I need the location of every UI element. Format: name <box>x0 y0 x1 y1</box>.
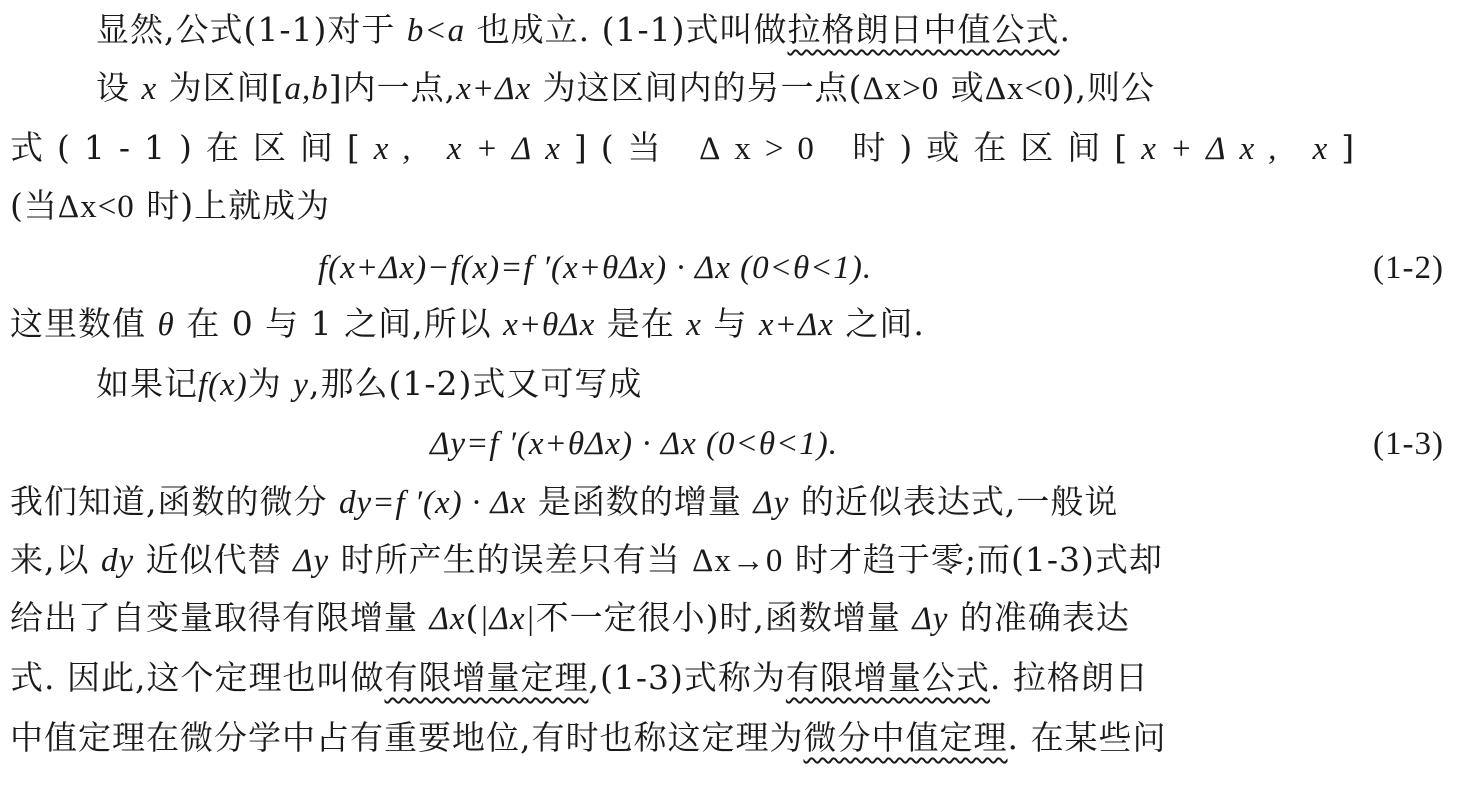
paragraph-line-7: 如果记f(x)为 y,那么(1-2)式又可写成 <box>96 356 642 412</box>
math-inline: x+Δx <box>456 71 531 107</box>
text: 中值定理在微分学中占有重要地位,有时也称这定理为 <box>10 718 804 757</box>
text: 也成立. (1-1)式叫做 <box>465 10 787 49</box>
text: . 在某些问 <box>1008 718 1167 757</box>
math-inline: f(x) <box>198 367 248 403</box>
text: 为 <box>248 364 294 403</box>
text: 为区间[ <box>157 68 284 107</box>
math-inline: x+Δx <box>759 307 834 343</box>
text: ,(1-3)式称为 <box>588 658 785 697</box>
text: 在 0 与 1 之间,所以 <box>175 304 503 343</box>
math-inline: b<a <box>407 13 465 49</box>
paragraph-line-4: (当Δx<0 时)上就成为 <box>10 178 330 234</box>
text: 不一定很小)时,函数增量 <box>536 598 913 637</box>
equation-number: (1-2) <box>1373 240 1444 296</box>
emphasized-term: 拉格朗日中值公式 <box>788 10 1060 49</box>
text: ( <box>466 598 480 637</box>
math-inline: θ <box>158 307 175 343</box>
text: 的近似表达式,一般说 <box>789 482 1118 521</box>
text: 时所产生的误差只有当 <box>329 540 692 579</box>
text: 为这区间内的另一点( <box>531 68 862 107</box>
equation-formula: Δy=f ′(x+θΔx) · Δx (0<θ<1). <box>430 416 838 472</box>
paragraph-line-2: 设 x 为区间[a,b]内一点,x+Δx 为这区间内的另一点(Δx>0 或Δx<… <box>96 60 1155 116</box>
text: 来,以 <box>10 540 101 579</box>
text: 是函数的增量 <box>526 482 753 521</box>
text: ]内一点, <box>329 68 456 107</box>
paragraph-line-6: 这里数值 θ 在 0 与 1 之间,所以 x+θΔx 是在 x 与 x+Δx 之… <box>10 296 925 352</box>
text: ](当 <box>574 128 699 167</box>
text: 我们知道,函数的微分 <box>10 482 339 521</box>
text: 如果记 <box>96 364 198 403</box>
math-inline: x, x+Δx <box>374 131 574 167</box>
text: ),则公 <box>1062 68 1155 107</box>
text: 设 <box>96 68 142 107</box>
math-inline: a,b <box>285 71 329 107</box>
text: 或 <box>939 68 985 107</box>
text: 时)或在区间[ <box>828 128 1141 167</box>
text: . <box>1060 10 1072 49</box>
equation-1-3: Δy=f ′(x+θΔx) · Δx (0<θ<1). (1-3) <box>0 416 1482 472</box>
math-inline: dy=f ′(x) · Δx <box>339 485 526 521</box>
text: 式(1-1)在区间[ <box>10 128 374 167</box>
paragraph-line-11: 给出了自变量取得有限增量 Δx(|Δx|不一定很小)时,函数增量 Δy 的准确表… <box>10 590 1130 646</box>
text: 给出了自变量取得有限增量 <box>10 598 430 637</box>
text: 与 <box>702 304 759 343</box>
math-inline: Δx<0 <box>58 189 135 225</box>
math-inline: dy <box>101 543 134 579</box>
math-inline: x+θΔx <box>503 307 595 343</box>
text: 的准确表达 <box>948 598 1130 637</box>
math-inline: Δx<0 <box>985 71 1062 107</box>
text: 时才趋于零;而(1-3)式却 <box>783 540 1163 579</box>
math-inline: x <box>686 307 702 343</box>
text: 显然,公式(1-1)对于 <box>96 10 407 49</box>
text: (当 <box>10 186 58 225</box>
paragraph-line-10: 来,以 dy 近似代替 Δy 时所产生的误差只有当 Δx→0 时才趋于零;而(1… <box>10 532 1163 588</box>
equation-formula: f(x+Δx)−f(x)=f ′(x+θΔx) · Δx (0<θ<1). <box>318 240 872 296</box>
math-inline: Δx>0 <box>862 71 939 107</box>
text: 这里数值 <box>10 304 158 343</box>
paragraph-line-12: 式. 因此,这个定理也叫做有限增量定理,(1-3)式称为有限增量公式. 拉格朗日 <box>10 650 1149 706</box>
math-inline: Δy <box>753 485 789 521</box>
paragraph-line-3: 式(1-1)在区间[x, x+Δx](当 Δx>0 时)或在区间[x+Δx, x… <box>10 120 1368 176</box>
equation-number: (1-3) <box>1373 416 1444 472</box>
text: . 拉格朗日 <box>990 658 1149 697</box>
textbook-page: 显然,公式(1-1)对于 b<a 也成立. (1-1)式叫做拉格朗日中值公式. … <box>0 0 1482 797</box>
text: 之间. <box>834 304 925 343</box>
math-inline: x <box>142 71 158 107</box>
math-inline: Δy <box>293 543 329 579</box>
math-inline: Δx <box>430 601 466 637</box>
equation-1-2: f(x+Δx)−f(x)=f ′(x+θΔx) · Δx (0<θ<1). (1… <box>0 240 1482 296</box>
math-inline: Δy <box>912 601 948 637</box>
math-inline: Δx>0 <box>699 131 828 167</box>
text: 近似代替 <box>134 540 293 579</box>
paragraph-line-1: 显然,公式(1-1)对于 b<a 也成立. (1-1)式叫做拉格朗日中值公式. <box>96 2 1071 58</box>
text: 是在 <box>595 304 686 343</box>
text: 时)上就成为 <box>135 186 330 225</box>
text: ] <box>1341 128 1368 167</box>
emphasized-term: 微分中值定理 <box>804 718 1008 757</box>
math-inline: |Δx| <box>479 601 535 637</box>
paragraph-line-13: 中值定理在微分学中占有重要地位,有时也称这定理为微分中值定理. 在某些问 <box>10 710 1166 766</box>
text: ,那么(1-2)式又可写成 <box>309 364 642 403</box>
math-inline: y <box>293 367 309 403</box>
math-inline: Δx→0 <box>692 543 783 579</box>
emphasized-term: 有限增量定理 <box>384 658 588 697</box>
text: 式. 因此,这个定理也叫做 <box>10 658 384 697</box>
math-inline: x+Δx, x <box>1141 131 1341 167</box>
paragraph-line-9: 我们知道,函数的微分 dy=f ′(x) · Δx 是函数的增量 Δy 的近似表… <box>10 474 1118 530</box>
emphasized-term: 有限增量公式 <box>786 658 990 697</box>
